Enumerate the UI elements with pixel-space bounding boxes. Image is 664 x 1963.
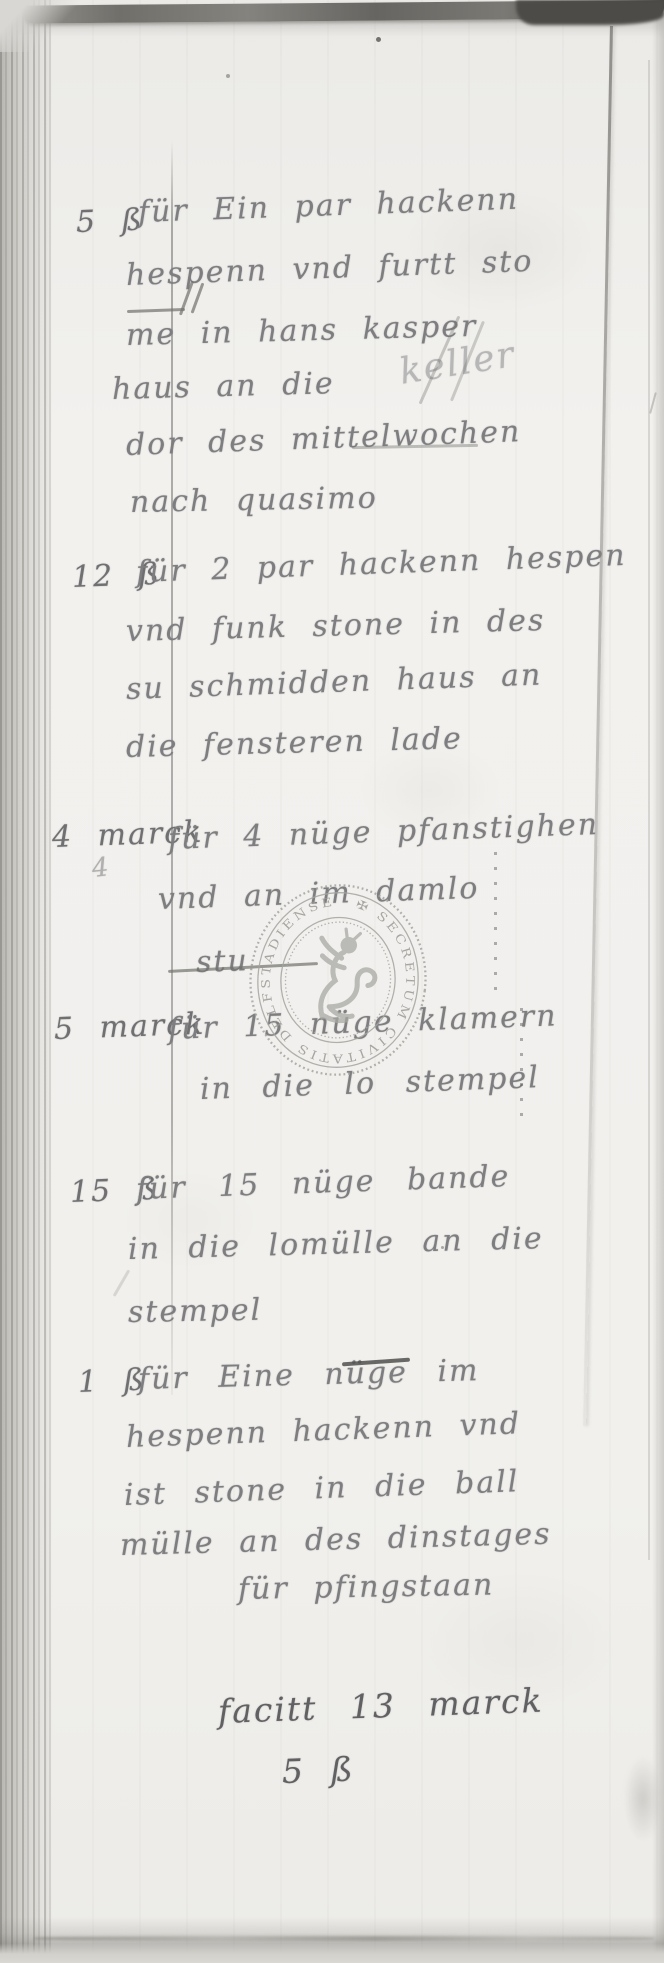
lion-rampant-emblem: [312, 926, 380, 1024]
entry-line: hespenn hackenn vnd: [125, 1406, 521, 1455]
entry-line: für 4 nüge pfanstighen: [167, 807, 599, 857]
ink-dot-trail: [494, 852, 497, 1002]
entry-line: für Ein par hackenn: [137, 182, 519, 230]
entry-line: me in hans kasper: [126, 309, 478, 353]
entry-amount-ghost: 4: [90, 852, 112, 884]
top-torn-edge-dark: [516, 0, 664, 25]
manuscript-page: 5 ß für Ein par hackenn hespenn vnd furt…: [0, 0, 664, 1963]
entry-line: für Eine nüge im: [138, 1353, 480, 1397]
entry-line: su schmidden haus an: [125, 657, 542, 707]
margin-scribble: [113, 1269, 130, 1296]
entry-line: mülle an des dinstages: [120, 1517, 552, 1563]
archive-stamp: ✠ SECRETUM CIVITATIS DELFSTADIENSE: [234, 866, 442, 1095]
entry-line: für pfingstaan: [238, 1568, 495, 1607]
entry-line: hespenn vnd furtt sto: [125, 244, 534, 293]
entry-line: nach quasimo: [130, 481, 378, 520]
bottom-torn-edge: [34, 1936, 654, 1941]
ink-dot-trail: [520, 1008, 523, 1120]
total-amount: 5 ß: [281, 1749, 355, 1791]
ink-speck: [441, 1246, 444, 1249]
entry-line: stempel: [128, 1293, 263, 1330]
entry-line: für 15 nüge bande: [135, 1159, 511, 1207]
ink-speck: [376, 37, 381, 42]
total-line: facitt 13 marck: [217, 1681, 544, 1731]
underline-stroke: [127, 308, 185, 313]
entry-line: die fensteren lade: [126, 721, 464, 765]
right-page-edge-line: [648, 60, 650, 1560]
entry-line: dor des mittelwochen: [125, 414, 521, 463]
entry-line: vnd funk stone in des: [126, 603, 546, 649]
top-left-corner: [0, 0, 86, 52]
entry-line: in die lomülle an die: [128, 1221, 545, 1267]
entry-line: für 2 par hackenn hespen: [135, 538, 627, 590]
entry-amount: 1 ß: [77, 1363, 146, 1400]
entry-line: haus an die: [112, 366, 336, 407]
crossed-out-line: stu: [195, 943, 249, 980]
ink-speck: [226, 74, 230, 78]
entry-line: ist stone in die ball: [123, 1464, 520, 1513]
right-edge-shade: [652, 0, 664, 1963]
entry-amount: 5 ß: [75, 203, 144, 240]
book-binding-edge: [0, 0, 52, 1963]
